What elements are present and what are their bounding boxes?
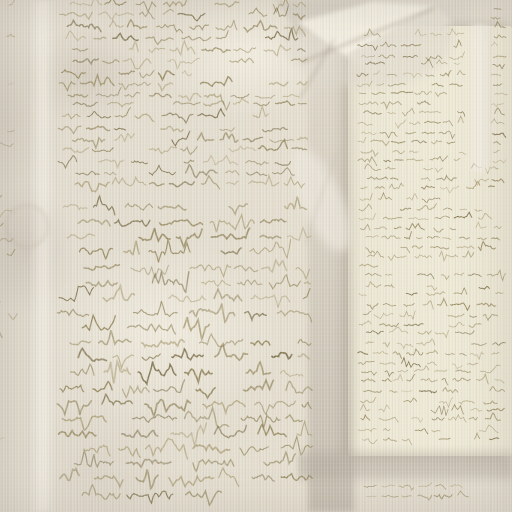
- parchment-haze: [282, 0, 454, 88]
- script-block-left-edge-mid: [0, 194, 17, 337]
- script-block-right-top-column: [491, 9, 507, 163]
- quill-shaft: [300, 40, 334, 98]
- parchment-fold: [298, 2, 436, 56]
- script-block-top-left: [58, 0, 307, 192]
- quill-feather: [280, 141, 362, 260]
- center-gutter-shadow: [308, 0, 354, 512]
- edge-vignette: [0, 0, 512, 512]
- script-block-right-top-main: [357, 29, 466, 166]
- left-margin-highlight: [28, 0, 56, 512]
- aged-script-wallpaper: [0, 0, 512, 512]
- script-block-left-edge-top: [0, 0, 15, 162]
- lower-crease-shadow: [298, 446, 512, 484]
- linen-texture-overlay: [0, 0, 512, 512]
- script-block-bottom-right-lines: [364, 483, 469, 500]
- ink-stain: [6, 205, 48, 247]
- top-right-parchment: [336, 0, 470, 30]
- script-block-lower-left: [57, 301, 312, 505]
- handwriting-layer: [0, 0, 512, 512]
- script-block-right-lower: [358, 163, 506, 445]
- right-manuscript-panel: [348, 26, 512, 456]
- script-block-left-edge-low: [0, 351, 4, 475]
- parchment-fold-facet: [346, 6, 452, 70]
- fold-crease-line: [302, 8, 434, 62]
- script-block-mid-left: [59, 196, 311, 308]
- feather-streak: [306, 152, 338, 245]
- right-panel-fold-highlight: [466, 24, 492, 172]
- paper-base: [0, 0, 512, 512]
- fold-underlay: [276, 0, 374, 36]
